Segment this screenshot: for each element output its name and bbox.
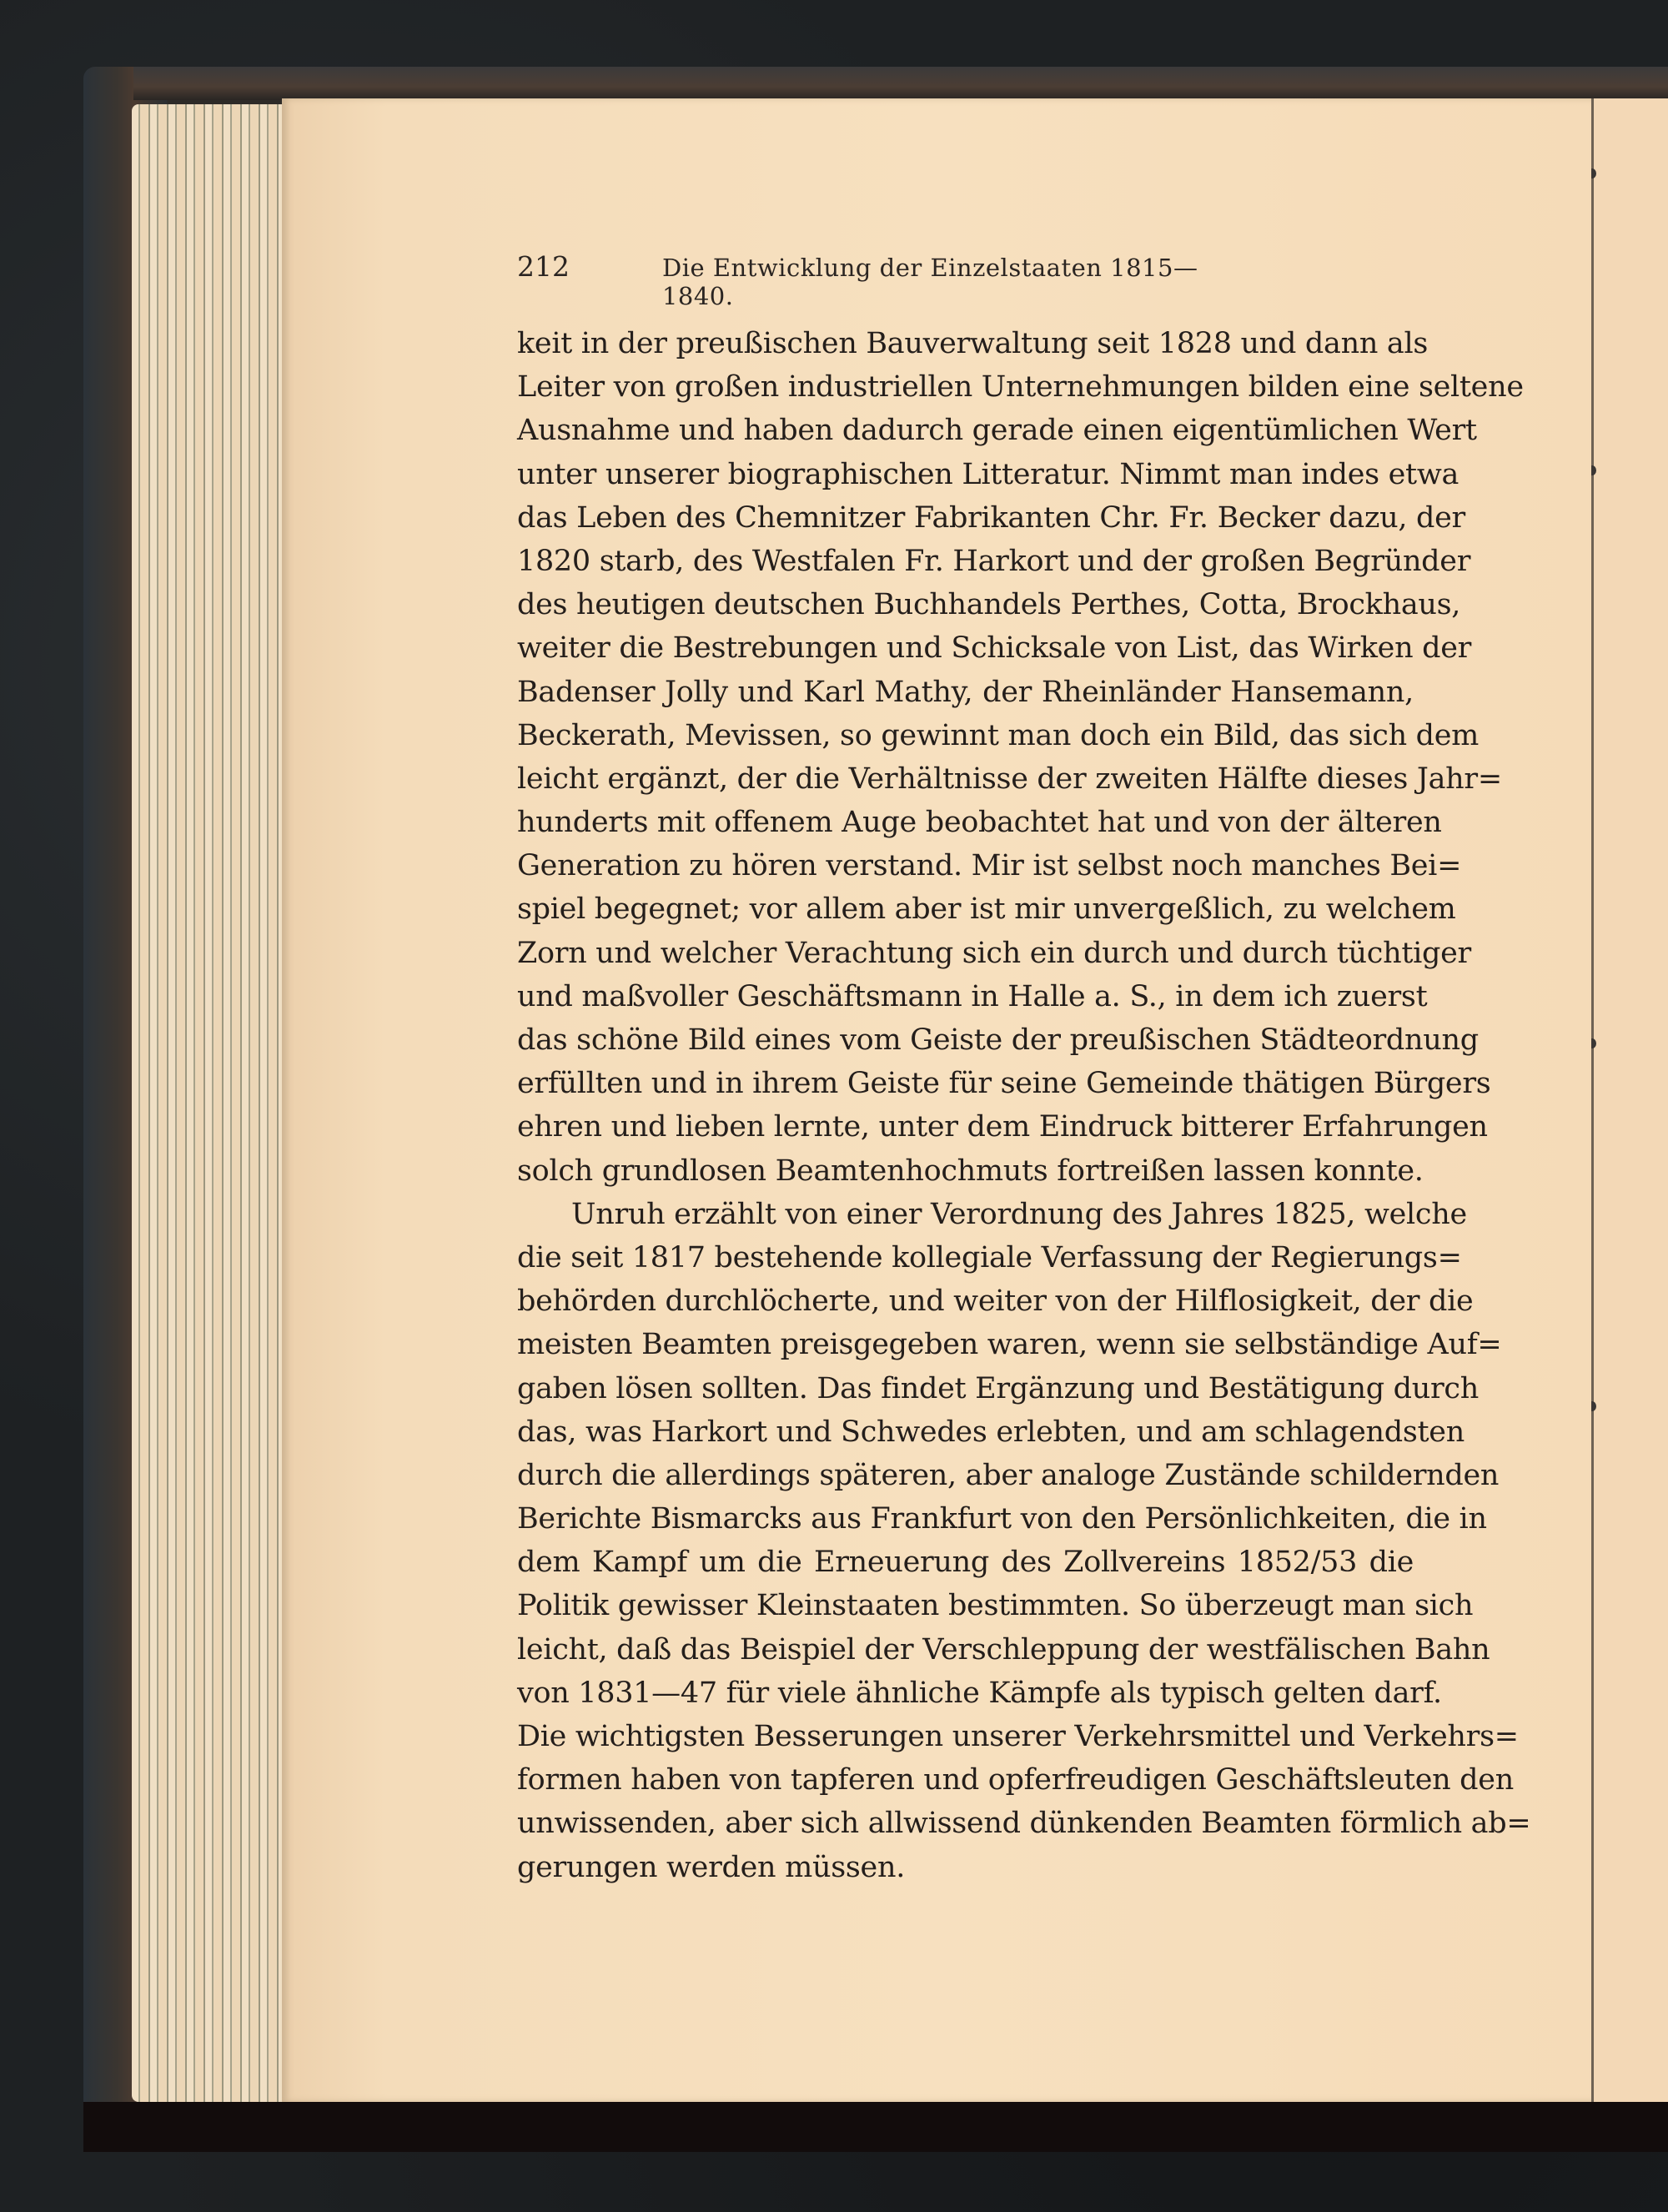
text-line: meisten Beamten preisgegeben waren, wenn… <box>517 1323 1414 1366</box>
text-line: Zorn und welcher Verachtung sich ein dur… <box>517 932 1414 975</box>
text-line: des heutigen deutschen Buchhandels Perth… <box>517 583 1414 626</box>
text-line: das schöne Bild eines vom Geiste der pre… <box>517 1018 1414 1062</box>
text-line: dem Kampf um die Erneuerung des Zollvere… <box>517 1541 1414 1584</box>
text-line: die seit 1817 bestehende kollegiale Verf… <box>517 1236 1414 1279</box>
text-line: unter unserer biographischen Litteratur.… <box>517 453 1414 496</box>
paragraph-2: Unruh erzählt von einer Verordnung des J… <box>517 1193 1414 1889</box>
page-number: 212 <box>517 250 679 283</box>
running-head: 212 Die Entwicklung der Einzelstaaten 18… <box>517 250 1251 300</box>
page-stack-edges <box>132 104 282 2102</box>
text-line: unwissenden, aber sich allwissend dünken… <box>517 1802 1414 1845</box>
running-title: Die Entwicklung der Einzelstaaten 1815—1… <box>662 254 1251 310</box>
text-line: von 1831—47 für viele ähnliche Kämpfe al… <box>517 1672 1414 1715</box>
text-line: keit in der preußischen Bauverwaltung se… <box>517 322 1414 365</box>
text-line: gaben lösen sollten. Das findet Ergänzun… <box>517 1367 1414 1410</box>
book-cover-top-edge <box>133 67 1668 100</box>
text-line: Generation zu hören verstand. Mir ist se… <box>517 844 1414 887</box>
text-line: durch die allerdings späteren, aber anal… <box>517 1454 1414 1497</box>
text-line: Unruh erzählt von einer Verordnung des J… <box>517 1193 1414 1236</box>
text-line: das Leben des Chemnitzer Fabrikanten Chr… <box>517 496 1414 540</box>
text-line: Leiter von großen industriellen Unterneh… <box>517 365 1414 409</box>
text-line: das, was Harkort und Schwedes erlebten, … <box>517 1410 1414 1454</box>
text-line: leicht ergänzt, der die Verhältnisse der… <box>517 757 1414 801</box>
text-line: leicht, daß das Beispiel der Verschleppu… <box>517 1628 1414 1672</box>
text-line: Beckerath, Mevissen, so gewinnt man doch… <box>517 714 1414 757</box>
right-page-edge <box>1591 98 1668 2102</box>
text-line: erfüllten und in ihrem Geiste für seine … <box>517 1062 1414 1105</box>
text-line: und maßvoller Geschäftsmann in Halle a. … <box>517 975 1414 1018</box>
body-text: keit in der preußischen Bauverwaltung se… <box>517 322 1414 1889</box>
text-line: Ausnahme und haben dadurch gerade einen … <box>517 409 1414 452</box>
paragraph-1: keit in der preußischen Bauverwaltung se… <box>517 322 1414 1193</box>
text-line: solch grundlosen Beamtenhochmuts fortrei… <box>517 1149 1414 1193</box>
book-bottom-edge <box>83 2102 1668 2152</box>
text-line: Die wichtigsten Besserungen unserer Verk… <box>517 1715 1414 1758</box>
text-line: behörden durchlöcherte, und weiter von d… <box>517 1279 1414 1323</box>
text-line: Berichte Bismarcks aus Frankfurt von den… <box>517 1497 1414 1541</box>
text-line: spiel begegnet; vor allem aber ist mir u… <box>517 887 1414 931</box>
text-line: Badenser Jolly und Karl Mathy, der Rhein… <box>517 671 1414 714</box>
text-line: 1820 starb, des Westfalen Fr. Harkort un… <box>517 540 1414 583</box>
text-line: ehren und lieben lernte, unter dem Eindr… <box>517 1105 1414 1149</box>
text-line: hunderts mit offenem Auge beobachtet hat… <box>517 801 1414 844</box>
text-line: gerungen werden müssen. <box>517 1846 1414 1889</box>
text-line: weiter die Bestrebungen und Schicksale v… <box>517 626 1414 670</box>
text-line: formen haben von tapferen und opferfreud… <box>517 1758 1414 1802</box>
text-line: Politik gewisser Kleinstaaten bestimmten… <box>517 1584 1414 1627</box>
